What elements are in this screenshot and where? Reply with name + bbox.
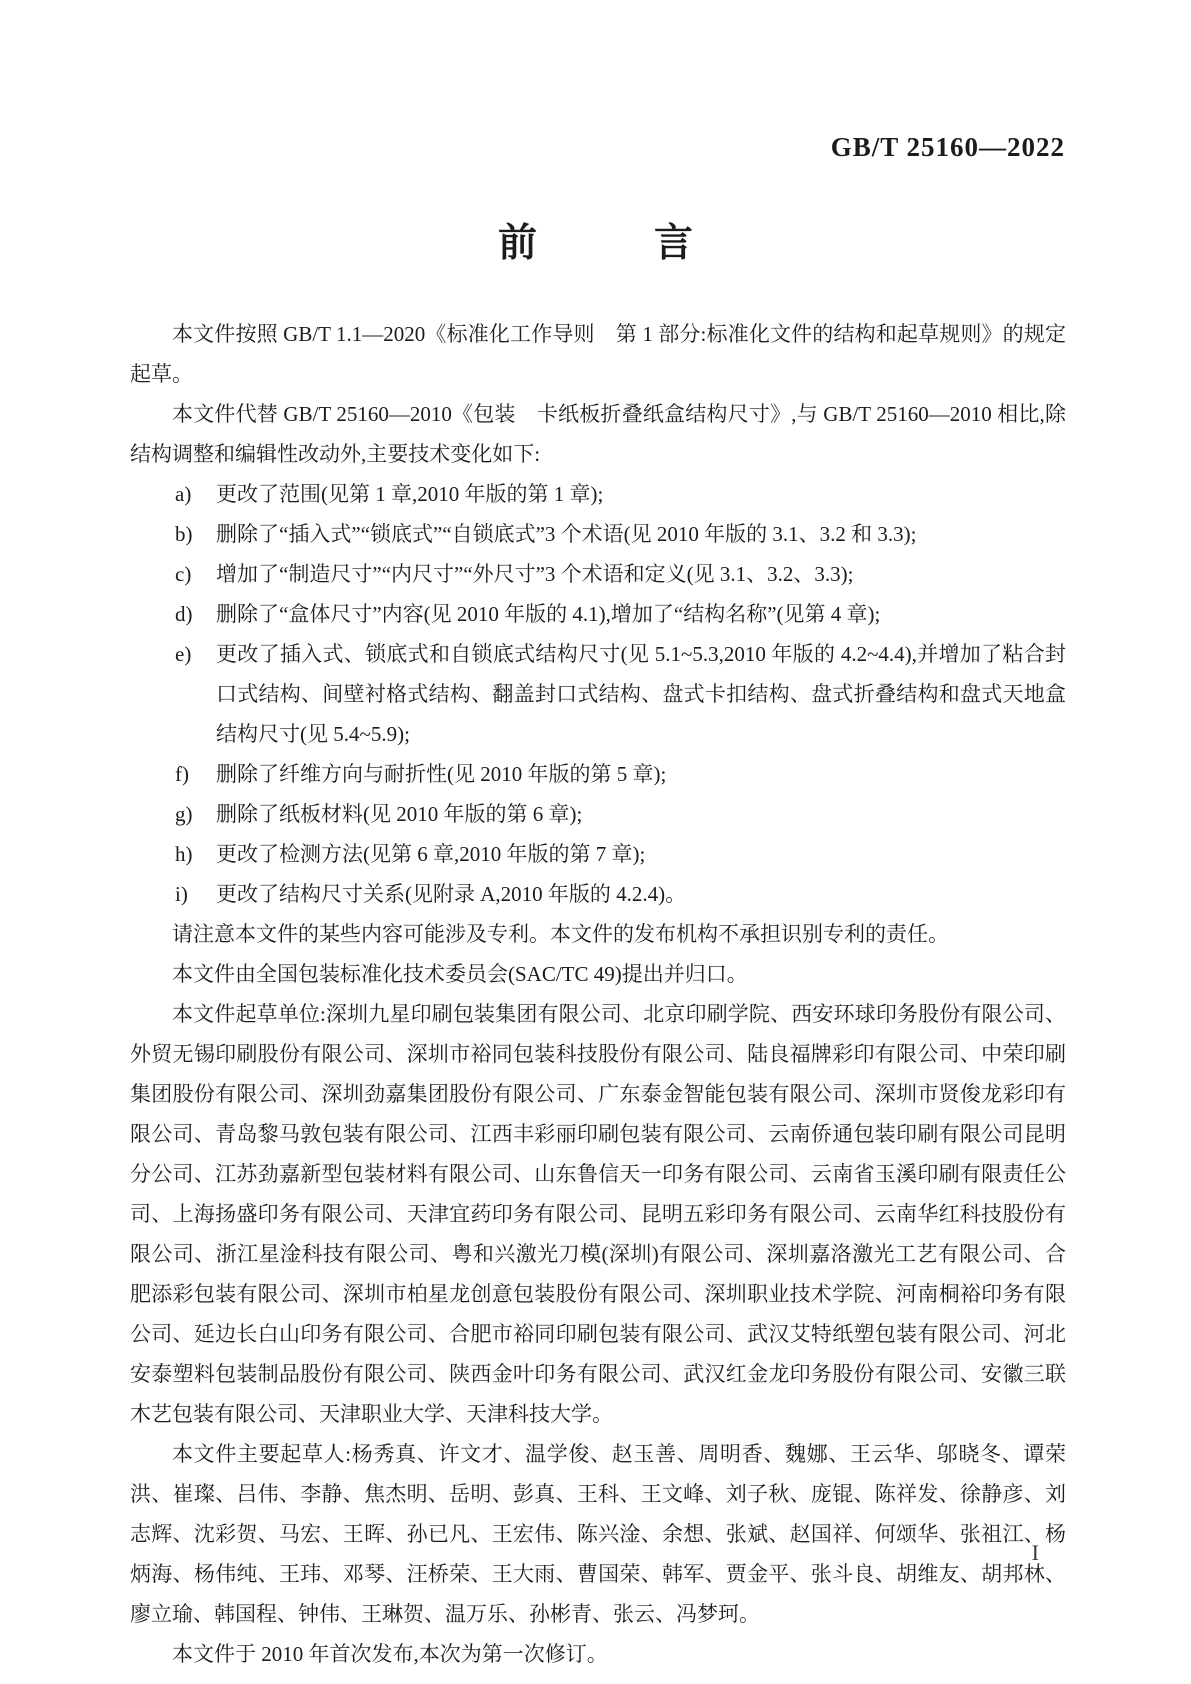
- patent-notice-paragraph: 请注意本文件的某些内容可能涉及专利。本文件的发布机构不承担识别专利的责任。: [130, 914, 1066, 954]
- change-item-g: g) 删除了纸板材料(见 2010 年版的第 6 章);: [130, 794, 1066, 834]
- change-label: b): [175, 514, 193, 554]
- intro-paragraph: 本文件按照 GB/T 1.1—2020《标准化工作导则 第 1 部分:标准化文件…: [130, 314, 1066, 394]
- change-label: i): [175, 874, 188, 914]
- document-page: GB/T 25160—2022 前 言 本文件按照 GB/T 1.1—2020《…: [0, 0, 1191, 1684]
- change-item-b: b) 删除了“插入式”“锁底式”“自锁底式”3 个术语(见 2010 年版的 3…: [130, 514, 1066, 554]
- change-label: c): [175, 554, 191, 594]
- drafting-organizations-paragraph: 本文件起草单位:深圳九星印刷包装集团有限公司、北京印刷学院、西安环球印务股份有限…: [130, 994, 1066, 1434]
- page-number: I: [1032, 1540, 1039, 1566]
- change-item-c: c) 增加了“制造尺寸”“内尺寸”“外尺寸”3 个术语和定义(见 3.1、3.2…: [130, 554, 1066, 594]
- change-text: 删除了纸板材料(见 2010 年版的第 6 章);: [216, 802, 582, 826]
- change-item-h: h) 更改了检测方法(见第 6 章,2010 年版的第 7 章);: [130, 834, 1066, 874]
- intro-paragraph: 本文件代替 GB/T 25160—2010《包装 卡纸板折叠纸盒结构尺寸》,与 …: [130, 394, 1066, 474]
- change-label: e): [175, 634, 191, 674]
- foreword-title: 前 言: [0, 212, 1191, 268]
- standard-number: GB/T 25160—2022: [831, 132, 1065, 163]
- change-text: 更改了结构尺寸关系(见附录 A,2010 年版的 4.2.4)。: [216, 882, 686, 906]
- change-text: 删除了“盒体尺寸”内容(见 2010 年版的 4.1),增加了“结构名称”(见第…: [216, 602, 880, 626]
- drafters-paragraph: 本文件主要起草人:杨秀真、许文才、温学俊、赵玉善、周明香、魏娜、王云华、邬晓冬、…: [130, 1434, 1066, 1634]
- change-label: h): [175, 834, 193, 874]
- change-item-f: f) 删除了纤维方向与耐折性(见 2010 年版的第 5 章);: [130, 754, 1066, 794]
- change-text: 更改了检测方法(见第 6 章,2010 年版的第 7 章);: [216, 842, 645, 866]
- change-item-i: i) 更改了结构尺寸关系(见附录 A,2010 年版的 4.2.4)。: [130, 874, 1066, 914]
- change-item-a: a) 更改了范围(见第 1 章,2010 年版的第 1 章);: [130, 474, 1066, 514]
- change-item-e: e) 更改了插入式、锁底式和自锁底式结构尺寸(见 5.1~5.3,2010 年版…: [130, 634, 1066, 754]
- revision-history-paragraph: 本文件于 2010 年首次发布,本次为第一次修订。: [130, 1634, 1066, 1674]
- change-label: g): [175, 794, 193, 834]
- committee-paragraph: 本文件由全国包装标准化技术委员会(SAC/TC 49)提出并归口。: [130, 954, 1066, 994]
- change-text: 增加了“制造尺寸”“内尺寸”“外尺寸”3 个术语和定义(见 3.1、3.2、3.…: [216, 562, 854, 586]
- change-text: 删除了“插入式”“锁底式”“自锁底式”3 个术语(见 2010 年版的 3.1、…: [216, 522, 917, 546]
- change-label: d): [175, 594, 193, 634]
- change-label: f): [175, 754, 189, 794]
- change-item-d: d) 删除了“盒体尺寸”内容(见 2010 年版的 4.1),增加了“结构名称”…: [130, 594, 1066, 634]
- foreword-body: 本文件按照 GB/T 1.1—2020《标准化工作导则 第 1 部分:标准化文件…: [130, 314, 1066, 1674]
- change-text: 删除了纤维方向与耐折性(见 2010 年版的第 5 章);: [216, 762, 666, 786]
- change-text: 更改了范围(见第 1 章,2010 年版的第 1 章);: [216, 482, 603, 506]
- change-label: a): [175, 474, 191, 514]
- change-text: 更改了插入式、锁底式和自锁底式结构尺寸(见 5.1~5.3,2010 年版的 4…: [216, 642, 1066, 746]
